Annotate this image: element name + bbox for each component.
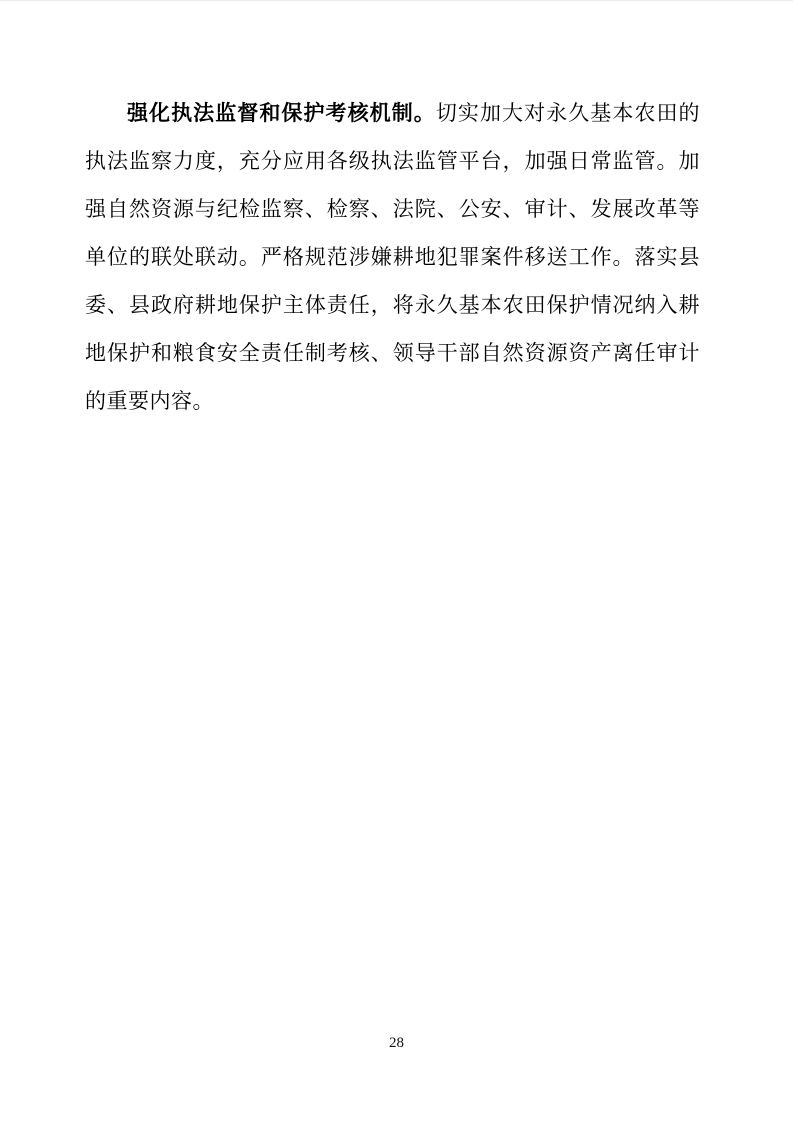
paragraph-lead-bold: 强化执法监督和保护考核机制。 bbox=[127, 101, 436, 125]
page-number: 28 bbox=[0, 1034, 793, 1052]
paragraph-body-text: 切实加大对永久基本农田的执法监察力度，充分应用各级执法监管平台，加强日常监管。加… bbox=[85, 101, 700, 413]
paragraph: 强化执法监督和保护考核机制。切实加大对永久基本农田的执法监察力度，充分应用各级执… bbox=[85, 89, 700, 425]
document-page: 强化执法监督和保护考核机制。切实加大对永久基本农田的执法监察力度，充分应用各级执… bbox=[0, 0, 793, 1123]
